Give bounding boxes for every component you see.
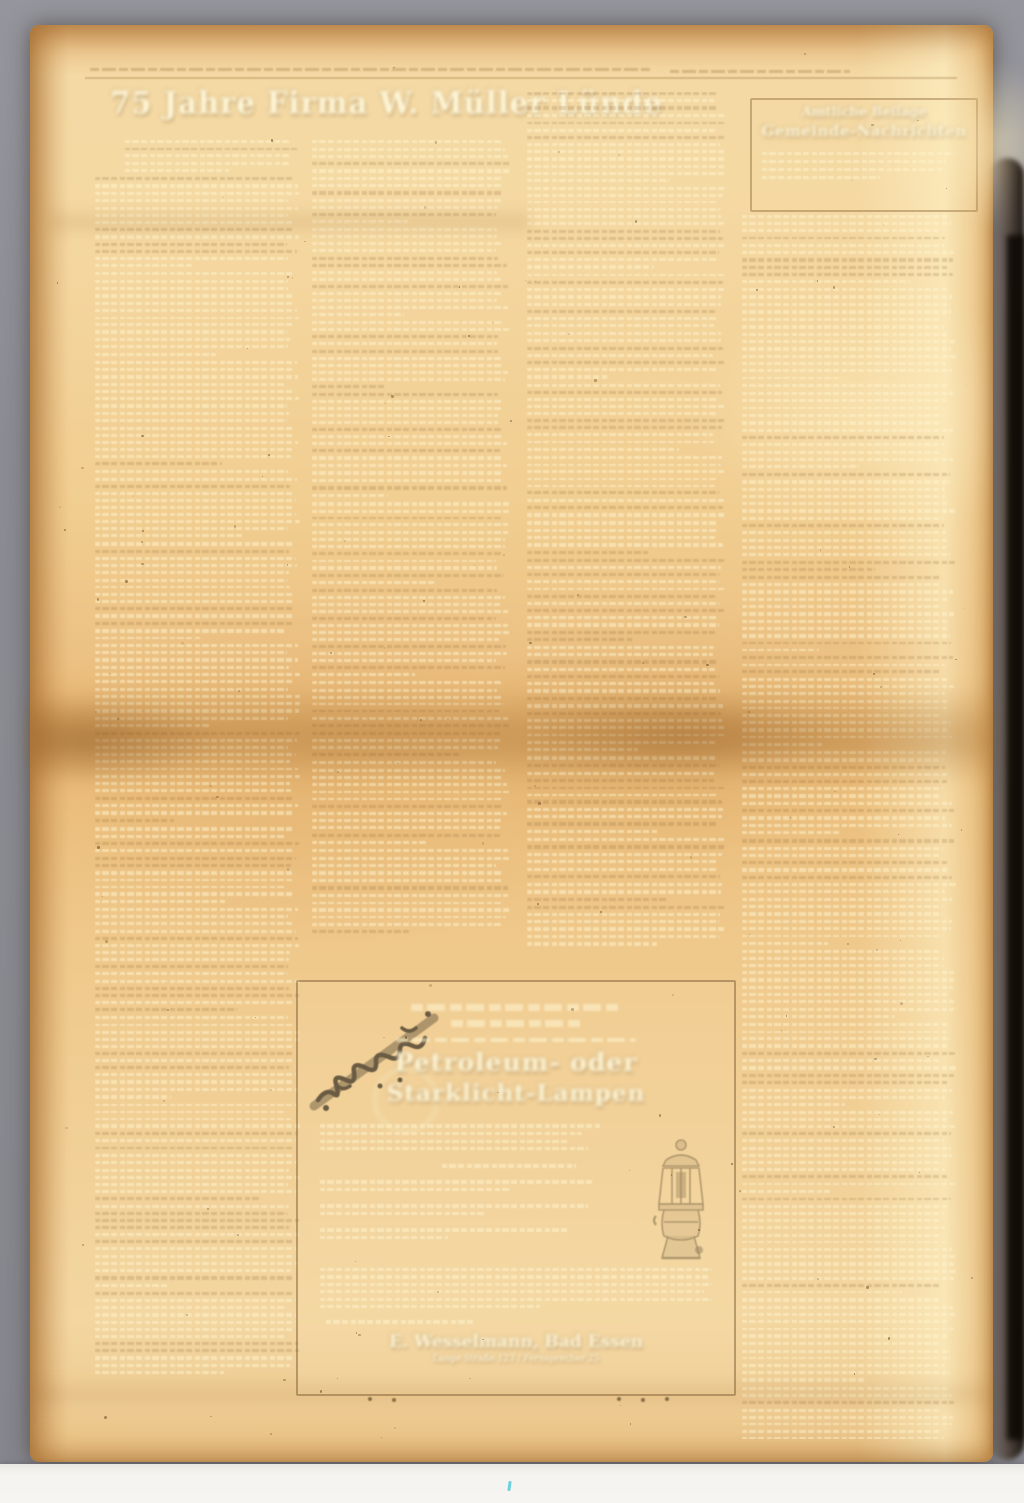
faded-text-line bbox=[527, 838, 724, 841]
faded-text-line bbox=[742, 824, 952, 827]
faded-text-line bbox=[527, 222, 727, 225]
faded-text-line bbox=[742, 465, 859, 468]
paper-speck bbox=[109, 673, 110, 674]
paper-speck bbox=[594, 379, 597, 382]
lantern-illustration bbox=[650, 1138, 712, 1268]
faded-text-line bbox=[742, 576, 942, 579]
faded-text-line bbox=[527, 215, 721, 218]
faded-text-line bbox=[527, 143, 720, 146]
crease-upper bbox=[50, 207, 530, 237]
ad-text-group bbox=[320, 1204, 625, 1220]
paragraph bbox=[742, 839, 956, 944]
faded-text-line bbox=[95, 1371, 224, 1374]
faded-text-line bbox=[742, 421, 942, 424]
faded-text-line bbox=[312, 456, 503, 459]
faded-text-line bbox=[95, 1328, 293, 1331]
faded-text-line bbox=[527, 927, 725, 930]
paragraph bbox=[312, 502, 510, 583]
paper-speck bbox=[125, 580, 128, 583]
faded-text-line bbox=[312, 479, 503, 482]
faded-text-line bbox=[312, 435, 503, 438]
faded-text-line bbox=[527, 237, 723, 240]
faded-text-line bbox=[742, 553, 950, 556]
paragraph bbox=[742, 1298, 956, 1381]
paper-speck bbox=[698, 1229, 700, 1231]
faded-text-line bbox=[320, 1268, 712, 1271]
faded-text-line bbox=[742, 355, 956, 358]
faded-text-line bbox=[527, 506, 723, 509]
faded-text-line bbox=[742, 809, 954, 812]
faded-text-line bbox=[527, 794, 717, 797]
paper-speck bbox=[142, 530, 144, 532]
faded-text-line bbox=[95, 1306, 286, 1309]
faded-text-line bbox=[95, 1247, 297, 1250]
faded-text-line bbox=[742, 222, 951, 225]
faded-text-line bbox=[312, 916, 506, 919]
paper-speck bbox=[97, 846, 100, 849]
faded-text-line bbox=[95, 965, 288, 968]
faded-text-line bbox=[527, 573, 719, 576]
faded-text-line bbox=[742, 1089, 952, 1092]
faded-text-line bbox=[527, 332, 721, 335]
faded-text-line bbox=[95, 1016, 288, 1019]
faded-text-line bbox=[742, 1357, 951, 1360]
ad-short-line bbox=[326, 1320, 476, 1324]
faded-text-line bbox=[95, 338, 290, 341]
faded-text-line bbox=[742, 664, 945, 667]
faded-text-line bbox=[527, 675, 719, 678]
faded-text-line bbox=[95, 434, 293, 437]
faded-text-line bbox=[95, 944, 299, 947]
faded-text-line bbox=[320, 1228, 570, 1232]
faded-text-line bbox=[742, 1437, 944, 1439]
paper-speck bbox=[234, 525, 236, 527]
paper-speck bbox=[391, 395, 394, 398]
faded-text-line bbox=[742, 237, 945, 240]
faded-text-line bbox=[312, 652, 507, 655]
faded-text-line bbox=[95, 930, 296, 933]
faded-text-line bbox=[95, 1176, 299, 1179]
faded-text-line bbox=[312, 257, 498, 260]
faded-text-line bbox=[95, 250, 297, 253]
faded-text-line bbox=[95, 462, 222, 465]
faded-text-line bbox=[742, 656, 953, 659]
faded-text-line bbox=[742, 480, 950, 483]
faded-text-line bbox=[312, 879, 501, 882]
faded-text-line bbox=[527, 122, 726, 125]
paragraph bbox=[527, 187, 727, 269]
faded-text-line bbox=[742, 1154, 952, 1157]
faded-text-line bbox=[312, 502, 509, 505]
faded-text-line bbox=[527, 808, 723, 811]
faded-text-line bbox=[95, 629, 286, 632]
faded-text-line bbox=[527, 800, 722, 803]
faded-text-line bbox=[527, 588, 726, 591]
faded-text-line bbox=[527, 274, 724, 277]
faded-text-line bbox=[742, 876, 952, 879]
faded-text-line bbox=[742, 1313, 955, 1316]
faded-text-line bbox=[312, 486, 507, 489]
faded-text-line bbox=[742, 377, 841, 380]
paper-speck bbox=[64, 529, 66, 531]
text-column-4 bbox=[742, 215, 956, 1439]
faded-text-line bbox=[312, 199, 502, 202]
faded-text-line bbox=[742, 957, 944, 960]
paragraph bbox=[312, 393, 510, 497]
faded-text-line bbox=[527, 295, 721, 298]
faded-text-line bbox=[95, 819, 174, 822]
faded-text-line bbox=[527, 208, 720, 211]
faded-text-line bbox=[742, 935, 943, 938]
paper-speck bbox=[900, 1002, 902, 1004]
faded-text-line bbox=[527, 543, 723, 546]
faded-text-line bbox=[312, 581, 434, 584]
faded-text-line bbox=[312, 834, 500, 837]
faded-text-line bbox=[742, 414, 943, 417]
faded-text-line bbox=[742, 369, 952, 372]
paper-speck bbox=[917, 120, 918, 121]
ad-footer-address: Lange Straße 123 / Fernsprecher 25 bbox=[298, 1354, 734, 1364]
faded-text-line bbox=[95, 1073, 296, 1076]
faded-text-line bbox=[742, 964, 943, 967]
faded-text-line bbox=[95, 1212, 287, 1215]
faded-text-line bbox=[742, 310, 951, 313]
faded-text-line bbox=[312, 285, 508, 288]
ink-dot bbox=[617, 1397, 621, 1401]
faded-text-line bbox=[95, 827, 292, 830]
paragraph bbox=[95, 1292, 300, 1375]
faded-text-line bbox=[742, 1205, 948, 1208]
paper-speck bbox=[879, 1114, 880, 1115]
faded-text-line bbox=[95, 922, 294, 925]
faded-text-line bbox=[95, 1066, 289, 1069]
faded-text-line bbox=[95, 499, 296, 502]
faded-text-line bbox=[312, 523, 508, 526]
faded-text-line bbox=[95, 637, 200, 640]
faded-text-line bbox=[527, 521, 716, 524]
faded-text-line bbox=[742, 215, 948, 218]
faded-text-line bbox=[312, 819, 501, 822]
faded-text-line bbox=[95, 892, 293, 895]
faded-text-line bbox=[527, 860, 717, 863]
faded-text-line bbox=[95, 879, 292, 882]
faded-text-line bbox=[742, 1161, 943, 1164]
faded-text-line bbox=[527, 339, 721, 342]
paper-speck bbox=[804, 53, 806, 55]
paper-speck bbox=[866, 1286, 868, 1288]
faded-text-line bbox=[742, 905, 943, 908]
paper-speck bbox=[57, 282, 59, 284]
scanner-bed-strip bbox=[0, 1464, 1024, 1503]
faded-text-line bbox=[312, 812, 507, 815]
faded-text-line bbox=[95, 427, 293, 430]
faded-text-line bbox=[527, 172, 724, 175]
faded-text-line bbox=[95, 368, 292, 371]
faded-text-line bbox=[742, 1291, 902, 1294]
faded-text-line bbox=[95, 987, 289, 990]
faded-text-line bbox=[312, 306, 508, 309]
faded-text-line bbox=[742, 392, 953, 395]
faded-text-line bbox=[742, 1328, 954, 1331]
paper-speck bbox=[739, 1190, 741, 1192]
paper-speck bbox=[538, 802, 541, 805]
faded-text-line bbox=[742, 1430, 942, 1433]
faded-text-line bbox=[527, 165, 726, 168]
paper-speck bbox=[81, 467, 84, 470]
paper-speck bbox=[482, 1339, 483, 1340]
paper-speck bbox=[65, 1127, 67, 1129]
faded-text-line bbox=[742, 258, 953, 261]
faded-text-line bbox=[742, 1118, 949, 1121]
paper-speck bbox=[927, 1056, 928, 1057]
faded-text-line bbox=[95, 1104, 297, 1107]
faded-text-line bbox=[312, 603, 500, 606]
faded-text-line bbox=[95, 1169, 289, 1172]
faded-text-line bbox=[312, 841, 426, 844]
faded-text-line bbox=[320, 1305, 540, 1308]
faded-text-line bbox=[742, 1306, 953, 1309]
faded-text-line bbox=[742, 1248, 952, 1251]
faded-text-line bbox=[95, 1233, 299, 1236]
ink-dot bbox=[368, 1397, 372, 1401]
faded-text-line bbox=[742, 1023, 947, 1026]
faded-text-line bbox=[95, 937, 298, 940]
paper-speck bbox=[459, 286, 460, 287]
faded-text-line bbox=[742, 986, 953, 989]
faded-text-line bbox=[95, 1038, 299, 1041]
faded-text-line bbox=[95, 811, 293, 814]
faded-text-line bbox=[95, 542, 294, 545]
faded-text-line bbox=[95, 383, 286, 386]
faded-text-line bbox=[742, 847, 943, 850]
paper-speck bbox=[577, 594, 579, 596]
faded-text-line bbox=[95, 280, 288, 283]
faded-text-line bbox=[95, 849, 294, 852]
faded-text-line bbox=[527, 646, 714, 649]
faded-text-line bbox=[742, 1111, 953, 1114]
faded-text-line bbox=[312, 313, 404, 316]
faded-text-line bbox=[312, 421, 498, 424]
faded-text-line bbox=[742, 561, 955, 564]
faded-text-line bbox=[312, 596, 505, 599]
faded-text-line bbox=[95, 600, 295, 603]
paper-speck bbox=[781, 1030, 782, 1031]
ad-top-line bbox=[451, 1020, 582, 1027]
ad-text-group bbox=[320, 1180, 625, 1196]
faded-text-line bbox=[312, 517, 501, 520]
faded-text-line bbox=[95, 1024, 294, 1027]
faded-text-line bbox=[320, 1275, 708, 1278]
faded-text-line bbox=[95, 951, 290, 954]
faded-text-line bbox=[320, 1290, 704, 1293]
faded-text-line bbox=[527, 129, 715, 132]
faded-text-line bbox=[527, 194, 723, 197]
faded-text-line bbox=[742, 642, 951, 645]
faded-text-line bbox=[95, 361, 297, 364]
faded-text-line bbox=[95, 1190, 297, 1193]
paragraph bbox=[125, 140, 300, 172]
faded-text-line bbox=[742, 839, 954, 842]
paragraph bbox=[742, 1023, 956, 1105]
faded-text-line bbox=[742, 495, 945, 498]
ink-dot bbox=[641, 1398, 645, 1402]
faded-text-line bbox=[312, 350, 498, 353]
faded-text-line bbox=[742, 1066, 956, 1069]
ink-dot bbox=[392, 1398, 396, 1402]
faded-text-line bbox=[527, 906, 724, 909]
faded-text-line bbox=[527, 448, 679, 451]
faded-text-line bbox=[312, 385, 387, 388]
scanner-shadow-core bbox=[1007, 235, 1024, 1440]
faded-text-line bbox=[95, 557, 296, 560]
faded-text-line bbox=[527, 92, 716, 95]
faded-text-line bbox=[95, 294, 295, 297]
faded-text-line bbox=[312, 666, 505, 669]
faded-text-line bbox=[312, 335, 498, 338]
faded-text-line bbox=[95, 534, 245, 537]
paper-speck bbox=[849, 566, 850, 567]
faded-text-line bbox=[527, 822, 717, 825]
faded-text-line bbox=[95, 353, 216, 356]
faded-text-line bbox=[312, 442, 507, 445]
faded-text-line bbox=[742, 978, 954, 981]
paper-speck bbox=[167, 1009, 169, 1011]
faded-text-line bbox=[742, 568, 875, 571]
faded-text-line bbox=[762, 176, 880, 179]
paragraph bbox=[742, 950, 956, 1018]
paragraph bbox=[312, 228, 510, 316]
faded-text-line bbox=[527, 157, 726, 160]
text-column-3 bbox=[527, 92, 727, 980]
faded-text-line bbox=[742, 802, 952, 805]
faded-text-line bbox=[95, 513, 296, 516]
faded-text-line bbox=[95, 586, 290, 589]
faded-text-line bbox=[527, 303, 721, 306]
paper-speck bbox=[381, 1437, 382, 1438]
paper-speck bbox=[141, 541, 143, 543]
paragraph bbox=[95, 1205, 300, 1287]
paper-speck bbox=[394, 1427, 396, 1429]
faded-text-line bbox=[527, 616, 718, 619]
paragraph bbox=[95, 272, 300, 355]
faded-text-line bbox=[312, 407, 501, 410]
paper-speck bbox=[405, 1036, 408, 1039]
fold-crease bbox=[30, 685, 993, 785]
faded-text-line bbox=[95, 1205, 289, 1208]
faded-text-line bbox=[95, 492, 295, 495]
paper-speck bbox=[287, 276, 289, 278]
paragraph bbox=[742, 576, 956, 652]
faded-text-line bbox=[742, 295, 952, 298]
faded-text-line bbox=[95, 1031, 299, 1034]
faded-text-line bbox=[742, 288, 948, 291]
faded-text-line bbox=[312, 645, 506, 648]
faded-text-line bbox=[527, 391, 722, 394]
faded-text-line bbox=[95, 1321, 296, 1324]
faded-text-line bbox=[95, 908, 298, 911]
faded-text-line bbox=[527, 106, 718, 109]
faded-text-line bbox=[312, 242, 502, 245]
cyan-mark bbox=[507, 1481, 511, 1491]
faded-text-line bbox=[742, 1364, 945, 1367]
paper-speck bbox=[330, 652, 331, 653]
faded-text-line bbox=[742, 1277, 954, 1280]
faded-text-line bbox=[527, 281, 723, 284]
paper-speck bbox=[955, 659, 956, 660]
paper-speck bbox=[854, 1373, 856, 1375]
faded-text-line bbox=[742, 1298, 942, 1301]
faded-text-line bbox=[95, 1299, 296, 1302]
faded-text-line bbox=[312, 191, 503, 194]
faded-text-line bbox=[95, 857, 296, 860]
faded-text-line bbox=[742, 451, 942, 454]
faded-text-line bbox=[527, 230, 720, 233]
faded-text-line bbox=[742, 429, 953, 432]
faded-text-line bbox=[742, 1074, 954, 1077]
faded-text-line bbox=[527, 354, 713, 357]
faded-text-line bbox=[742, 898, 952, 901]
faded-text-line bbox=[312, 531, 508, 534]
paper-speck bbox=[270, 1433, 272, 1435]
paper-speck bbox=[429, 984, 432, 987]
paragraph bbox=[742, 473, 956, 571]
faded-text-line bbox=[312, 393, 498, 396]
faded-text-line bbox=[312, 184, 501, 187]
faded-text-line bbox=[312, 494, 388, 497]
faded-text-line bbox=[95, 1154, 294, 1157]
faded-text-line bbox=[95, 404, 287, 407]
faded-text-line bbox=[312, 798, 502, 801]
faded-text-line bbox=[312, 177, 502, 180]
paragraph bbox=[742, 384, 956, 468]
advertisement-box: Petroleum- oder Starklicht-Lampen bbox=[296, 980, 736, 1396]
paper-speck bbox=[635, 220, 638, 223]
faded-text-line bbox=[742, 1015, 895, 1018]
faded-text-line bbox=[742, 1241, 946, 1244]
paper-speck bbox=[468, 335, 470, 337]
faded-text-line bbox=[527, 875, 720, 878]
faded-text-line bbox=[312, 169, 509, 172]
paper-speck bbox=[283, 1379, 286, 1382]
faded-text-line bbox=[312, 566, 497, 569]
paper-speck bbox=[397, 763, 398, 764]
faded-text-line bbox=[95, 871, 292, 874]
faded-text-line bbox=[312, 299, 497, 302]
paper-speck bbox=[384, 647, 385, 648]
faded-text-line bbox=[95, 1111, 287, 1114]
faded-text-line bbox=[95, 527, 287, 530]
faded-text-line bbox=[312, 271, 497, 274]
faded-text-line bbox=[95, 478, 297, 481]
faded-text-line bbox=[527, 99, 714, 102]
faded-text-line bbox=[95, 842, 299, 845]
paper-speck bbox=[384, 403, 385, 404]
faded-text-line bbox=[95, 455, 291, 458]
faded-text-line bbox=[742, 473, 950, 476]
faded-text-line bbox=[312, 278, 501, 281]
faded-text-line bbox=[527, 478, 716, 481]
paper-speck bbox=[181, 642, 184, 645]
faded-text-line bbox=[125, 140, 289, 143]
faded-text-line bbox=[742, 488, 945, 491]
faded-text-line bbox=[95, 1045, 295, 1048]
faded-text-line bbox=[742, 1234, 942, 1237]
faded-text-line bbox=[742, 333, 949, 336]
ad-headline-line2: Starklicht-Lampen bbox=[298, 1080, 734, 1107]
faded-text-line bbox=[742, 347, 951, 350]
faded-text-line bbox=[95, 1219, 299, 1222]
crease-lower bbox=[30, 1377, 993, 1411]
